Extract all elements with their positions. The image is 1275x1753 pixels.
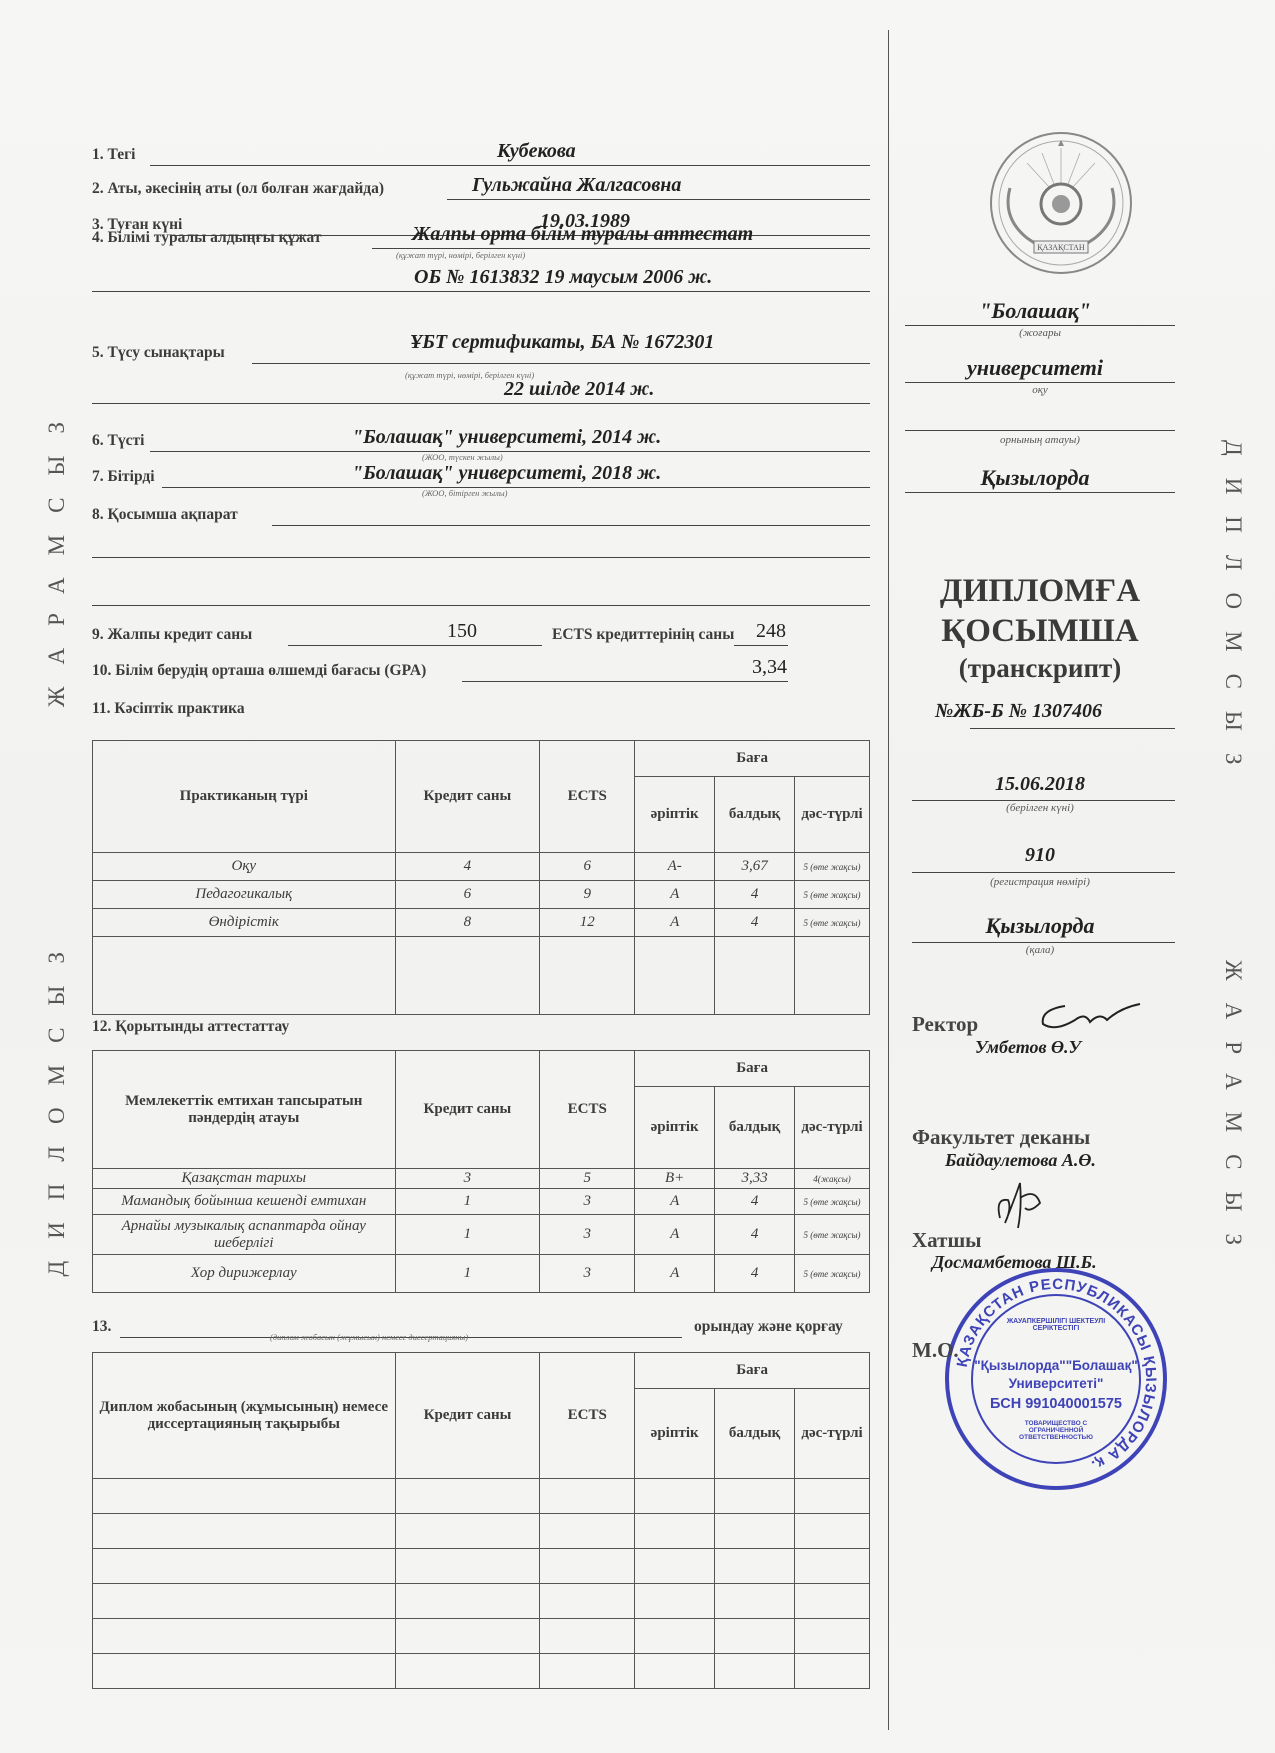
col-credits: Кредит саны: [395, 1353, 540, 1479]
practice-type: Оқу: [93, 853, 396, 881]
table-row: Арнайы музыкалық аспаптарда ойнау шеберл…: [93, 1215, 870, 1255]
rector-signature-icon: [1035, 998, 1145, 1038]
final-attestation-table: Мемлекеттік емтихан тапсыратын пәндердің…: [92, 1050, 870, 1293]
col-topic: Диплом жобасының (жұмысының) немесе дисс…: [93, 1353, 396, 1479]
ects-label: ECTS кредиттерінің саны: [552, 626, 734, 644]
col-ects: ECTS: [540, 1353, 635, 1479]
section-title: 12. Қорытынды аттестаттау: [92, 1018, 289, 1036]
traditional-grade: 5 (өте жақсы): [795, 909, 870, 937]
city-hint: (қала): [905, 944, 1175, 956]
field-prev-doc: 4. Білімі туралы алдыңғы құжат Жалпы орт…: [92, 223, 870, 249]
col-traditional: дәс-түрлі: [795, 777, 870, 853]
rule: [970, 728, 1175, 729]
topic: [93, 1654, 396, 1689]
subject: Мамандық бойынша кешенді емтихан: [93, 1189, 396, 1215]
traditional-grade: 5 (өте жақсы): [795, 1255, 870, 1293]
table-row: [93, 1514, 870, 1549]
table-row: Қазақстан тарихы35B+3,334(жақсы): [93, 1169, 870, 1189]
credits: 1: [395, 1189, 540, 1215]
col-traditional: дәс-түрлі: [795, 1389, 870, 1479]
side-text-right-bottom: ЖАРАМСЫЗ: [1220, 960, 1246, 1267]
thesis-table: Диплом жобасының (жұмысының) немесе дисс…: [92, 1352, 870, 1689]
entrance-value2: 22 шілде 2014 ж.: [504, 378, 654, 401]
entered-value: "Болашақ" университеті, 2014 ж.: [352, 426, 661, 449]
col-traditional: дәс-түрлі: [795, 1087, 870, 1169]
topic: [93, 1549, 396, 1584]
rule: [905, 492, 1175, 493]
stamp-top-text: ЖАУАПКЕРШІЛІГІ ШЕКТЕУЛІ СЕРІКТЕСТІГІ: [949, 1318, 1163, 1332]
field-label: 7. Бітірді: [92, 468, 155, 486]
credits: 1: [395, 1255, 540, 1293]
letter-grade: [635, 1549, 715, 1584]
point-grade: 4: [715, 1189, 795, 1215]
ects: [540, 1654, 635, 1689]
traditional-grade: [795, 1514, 870, 1549]
field-prev-doc-line2: ОБ № 1613832 19 маусым 2006 ж.: [92, 266, 870, 292]
col-ects: ECTS: [540, 1051, 635, 1169]
ects: [540, 937, 635, 1015]
institution-hint1: (жоғары: [905, 327, 1175, 339]
practice-type: Өндірістік: [93, 909, 396, 937]
ects: [540, 1619, 635, 1654]
section-number: 13.: [92, 1318, 111, 1336]
kazakhstan-emblem-icon: ҚАЗАҚСТАН: [972, 128, 1150, 278]
field-label: 1. Тегі: [92, 146, 135, 164]
field-graduated: 7. Бітірді "Болашақ" университеті, 2018 …: [92, 462, 870, 488]
registration-number-hint: (регистрация нөмірі): [905, 876, 1175, 888]
letter-grade: A: [635, 881, 715, 909]
col-ects: ECTS: [540, 741, 635, 853]
topic: [93, 1584, 396, 1619]
credits: 4: [395, 853, 540, 881]
diploma-number: №ЖБ-Б № 1307406: [935, 700, 1155, 723]
dean-signature-icon: [990, 1178, 1050, 1238]
dean-label: Факультет деканы: [912, 1125, 1090, 1150]
col-credits: Кредит саны: [395, 1051, 540, 1169]
secretary-label: Хатшы: [912, 1228, 982, 1253]
traditional-grade: 4(жақсы): [795, 1169, 870, 1189]
graduated-value: "Болашақ" университеті, 2018 ж.: [352, 462, 661, 485]
side-text-left-bottom: ДИПЛОМСЫЗ: [44, 930, 70, 1277]
point-grade: [715, 1479, 795, 1514]
ects: [540, 1549, 635, 1584]
letter-grade: [635, 937, 715, 1015]
point-grade: 3,67: [715, 853, 795, 881]
field-entrance-line2: 22 шілде 2014 ж.: [92, 378, 870, 404]
point-grade: [715, 1619, 795, 1654]
subject: Хор дирижерлау: [93, 1255, 396, 1293]
letter-grade: [635, 1619, 715, 1654]
field-label: 8. Қосымша ақпарат: [92, 506, 238, 524]
thesis-title: 13. орындау және қорғау: [92, 1312, 870, 1338]
rule: [912, 800, 1175, 801]
traditional-grade: 5 (өте жақсы): [795, 881, 870, 909]
table-row: [93, 937, 870, 1015]
credits: [395, 1479, 540, 1514]
ects: 12: [540, 909, 635, 937]
table-row: [93, 1549, 870, 1584]
table-row: [93, 1479, 870, 1514]
point-grade: 4: [715, 881, 795, 909]
letter-grade: A-: [635, 853, 715, 881]
rule: [905, 325, 1175, 326]
stamp-main-text1: "Қызылорда""Болашақ": [949, 1358, 1163, 1373]
table-row: [93, 1619, 870, 1654]
point-grade: 4: [715, 1255, 795, 1293]
credits: [395, 1654, 540, 1689]
ects: 6: [540, 853, 635, 881]
col-grade: Баға: [635, 1051, 870, 1087]
rule: [905, 382, 1175, 383]
field-additional-line3: [92, 596, 870, 606]
entrance-value: ҰБТ сертификаты, БА № 1672301: [410, 331, 714, 354]
field-label: 4. Білімі туралы алдыңғы құжат: [92, 229, 322, 247]
ects: 3: [540, 1189, 635, 1215]
traditional-grade: [795, 1584, 870, 1619]
doc-title-2: ҚОСЫМША: [905, 613, 1175, 650]
credits: [395, 1619, 540, 1654]
city: Қызылорда: [905, 913, 1175, 939]
field-additional-line2: [92, 548, 870, 558]
point-grade: [715, 937, 795, 1015]
ects: 5: [540, 1169, 635, 1189]
col-points: балдық: [715, 1087, 795, 1169]
practice-title: 11. Кәсіптік практика: [92, 694, 870, 720]
seal-label: М.О.: [912, 1338, 959, 1363]
thesis-hint: (диплом жобасын (жұмысын) немесе диссерт…: [270, 1332, 468, 1342]
traditional-grade: [795, 1619, 870, 1654]
entered-hint: (ЖОО, түскен жылы): [422, 452, 503, 462]
rule: [912, 942, 1175, 943]
traditional-grade: 5 (өте жақсы): [795, 1189, 870, 1215]
credits: 6: [395, 881, 540, 909]
stamp-main-text2: Университеті": [949, 1376, 1163, 1391]
field-surname: 1. Тегі Кубекова: [92, 140, 870, 166]
table-row: Мамандық бойынша кешенді емтихан13A45 (ө…: [93, 1189, 870, 1215]
practice-type: Педагогикалық: [93, 881, 396, 909]
col-grade: Баға: [635, 741, 870, 777]
point-grade: 4: [715, 1215, 795, 1255]
letter-grade: A: [635, 909, 715, 937]
ects: [540, 1584, 635, 1619]
rule: [912, 872, 1175, 873]
field-label: 2. Аты, әкесінің аты (ол болған жағдайда…: [92, 180, 384, 198]
traditional-grade: [795, 937, 870, 1015]
section-title: 11. Кәсіптік практика: [92, 700, 245, 718]
prev-doc-value2: ОБ № 1613832 19 маусым 2006 ж.: [414, 266, 712, 289]
graduated-hint: (ЖОО, бітірген жылы): [422, 488, 507, 498]
field-label: 6. Түсті: [92, 432, 144, 450]
field-label: 10. Білім берудің орташа өлшемді бағасы …: [92, 662, 426, 680]
traditional-grade: [795, 1479, 870, 1514]
credits: [395, 1514, 540, 1549]
field-label: 5. Түсу сынақтары: [92, 344, 225, 362]
topic: [93, 1619, 396, 1654]
letter-grade: B+: [635, 1169, 715, 1189]
col-letter: әріптік: [635, 1087, 715, 1169]
registration-number: 910: [905, 844, 1175, 867]
letter-grade: A: [635, 1189, 715, 1215]
name-value: Гульжайна Жалгасовна: [472, 174, 681, 197]
side-text-left-top: ЖАРАМСЫЗ: [44, 400, 70, 707]
stamp-bottom-text: ТОВАРИЩЕСТВО С ОГРАНИЧЕННОЙ ОТВЕТСТВЕННО…: [949, 1420, 1163, 1441]
topic: [93, 1514, 396, 1549]
letter-grade: [635, 1514, 715, 1549]
table-row: Өндірістік812A45 (өте жақсы): [93, 909, 870, 937]
ects: [540, 1514, 635, 1549]
col-letter: әріптік: [635, 1389, 715, 1479]
subject: Қазақстан тарихы: [93, 1169, 396, 1189]
traditional-grade: 5 (өте жақсы): [795, 1215, 870, 1255]
rule: [905, 430, 1175, 431]
col-points: балдық: [715, 1389, 795, 1479]
gpa-value: 3,34: [752, 656, 787, 679]
col-practice-type: Практиканың түрі: [93, 741, 396, 853]
field-entrance: 5. Түсу сынақтары ҰБТ сертификаты, БА № …: [92, 338, 870, 364]
practice-table: Практиканың түрі Кредит саны ECTS Баға ә…: [92, 740, 870, 1015]
credits: 3: [395, 1169, 540, 1189]
rector-name: Умбетов Ө.У: [975, 1037, 1081, 1058]
letter-grade: A: [635, 1255, 715, 1293]
thesis-suffix: орындау және қорғау: [694, 1318, 843, 1336]
field-entered: 6. Түсті "Болашақ" университеті, 2014 ж.: [92, 426, 870, 452]
table-row: Педагогикалық69A45 (өте жақсы): [93, 881, 870, 909]
point-grade: 3,33: [715, 1169, 795, 1189]
point-grade: [715, 1549, 795, 1584]
svg-text:ҚАЗАҚСТАН: ҚАЗАҚСТАН: [1037, 243, 1085, 252]
stamp-bin: БСН 991040001575: [949, 1396, 1163, 1412]
letter-grade: A: [635, 1215, 715, 1255]
point-grade: 4: [715, 909, 795, 937]
table-row: Хор дирижерлау13A45 (өте жақсы): [93, 1255, 870, 1293]
prev-doc-value: Жалпы орта білім туралы аттестат: [412, 223, 753, 246]
col-grade: Баға: [635, 1353, 870, 1389]
credits: 1: [395, 1215, 540, 1255]
ects-value: 248: [756, 620, 786, 643]
traditional-grade: [795, 1549, 870, 1584]
institution-hint3: орнының атауы): [905, 434, 1175, 446]
doc-title-3: (транскрипт): [905, 653, 1175, 684]
practice-type: [93, 937, 396, 1015]
institution-line1: "Болашақ": [915, 298, 1155, 324]
credits: 8: [395, 909, 540, 937]
point-grade: [715, 1514, 795, 1549]
side-text-right-top: ДИПЛОМСЫЗ: [1220, 440, 1246, 787]
letter-grade: [635, 1584, 715, 1619]
doc-title-1: ДИПЛОМҒА: [905, 573, 1175, 610]
credits: [395, 1549, 540, 1584]
col-subject: Мемлекеттік емтихан тапсыратын пәндердің…: [93, 1051, 396, 1169]
official-stamp: ҚАЗАҚСТАН РЕСПУБЛИКАСЫ ҚЫЗЫЛОРДА қ. ЖАУА…: [945, 1268, 1167, 1490]
final-attestation-title: 12. Қорытынды аттестаттау: [92, 1012, 870, 1038]
credits-value: 150: [447, 620, 477, 643]
credits: [395, 937, 540, 1015]
ects: 9: [540, 881, 635, 909]
traditional-grade: 5 (өте жақсы): [795, 853, 870, 881]
topic: [93, 1479, 396, 1514]
ects: 3: [540, 1215, 635, 1255]
field-credits: 9. Жалпы кредит саны 150 ECTS кредиттері…: [92, 620, 870, 646]
point-grade: [715, 1654, 795, 1689]
col-credits: Кредит саны: [395, 741, 540, 853]
issue-date: 15.06.2018: [905, 773, 1175, 796]
letter-grade: [635, 1654, 715, 1689]
ects: [540, 1479, 635, 1514]
letter-grade: [635, 1479, 715, 1514]
page-fold-divider: [888, 30, 889, 1730]
prev-doc-hint: (құжат түрі, нөмірі, берілген күні): [396, 250, 525, 260]
table-row: [93, 1584, 870, 1619]
field-gpa: 10. Білім берудің орташа өлшемді бағасы …: [92, 656, 870, 682]
point-grade: [715, 1584, 795, 1619]
dean-name: Байдаулетова А.Ө.: [945, 1150, 1096, 1171]
institution-city: Қызылорда: [915, 465, 1155, 491]
surname-value: Кубекова: [497, 140, 576, 163]
table-row: Оқу46A-3,675 (өте жақсы): [93, 853, 870, 881]
field-label: 9. Жалпы кредит саны: [92, 626, 252, 644]
field-name: 2. Аты, әкесінің аты (ол болған жағдайда…: [92, 174, 870, 200]
traditional-grade: [795, 1654, 870, 1689]
issue-date-hint: (берілген күні): [905, 802, 1175, 814]
field-additional: 8. Қосымша ақпарат: [92, 500, 870, 526]
institution-line2: университеті: [915, 355, 1155, 381]
table-row: [93, 1654, 870, 1689]
ects: 3: [540, 1255, 635, 1293]
col-points: балдық: [715, 777, 795, 853]
institution-hint2: оқу: [905, 384, 1175, 396]
diploma-supplement-page: ЖАРАМСЫЗ ДИПЛОМСЫЗ ДИПЛОМСЫЗ ЖАРАМСЫЗ 1.…: [0, 0, 1275, 1753]
credits: [395, 1584, 540, 1619]
rector-label: Ректор: [912, 1012, 978, 1037]
col-letter: әріптік: [635, 777, 715, 853]
subject: Арнайы музыкалық аспаптарда ойнау шеберл…: [93, 1215, 396, 1255]
